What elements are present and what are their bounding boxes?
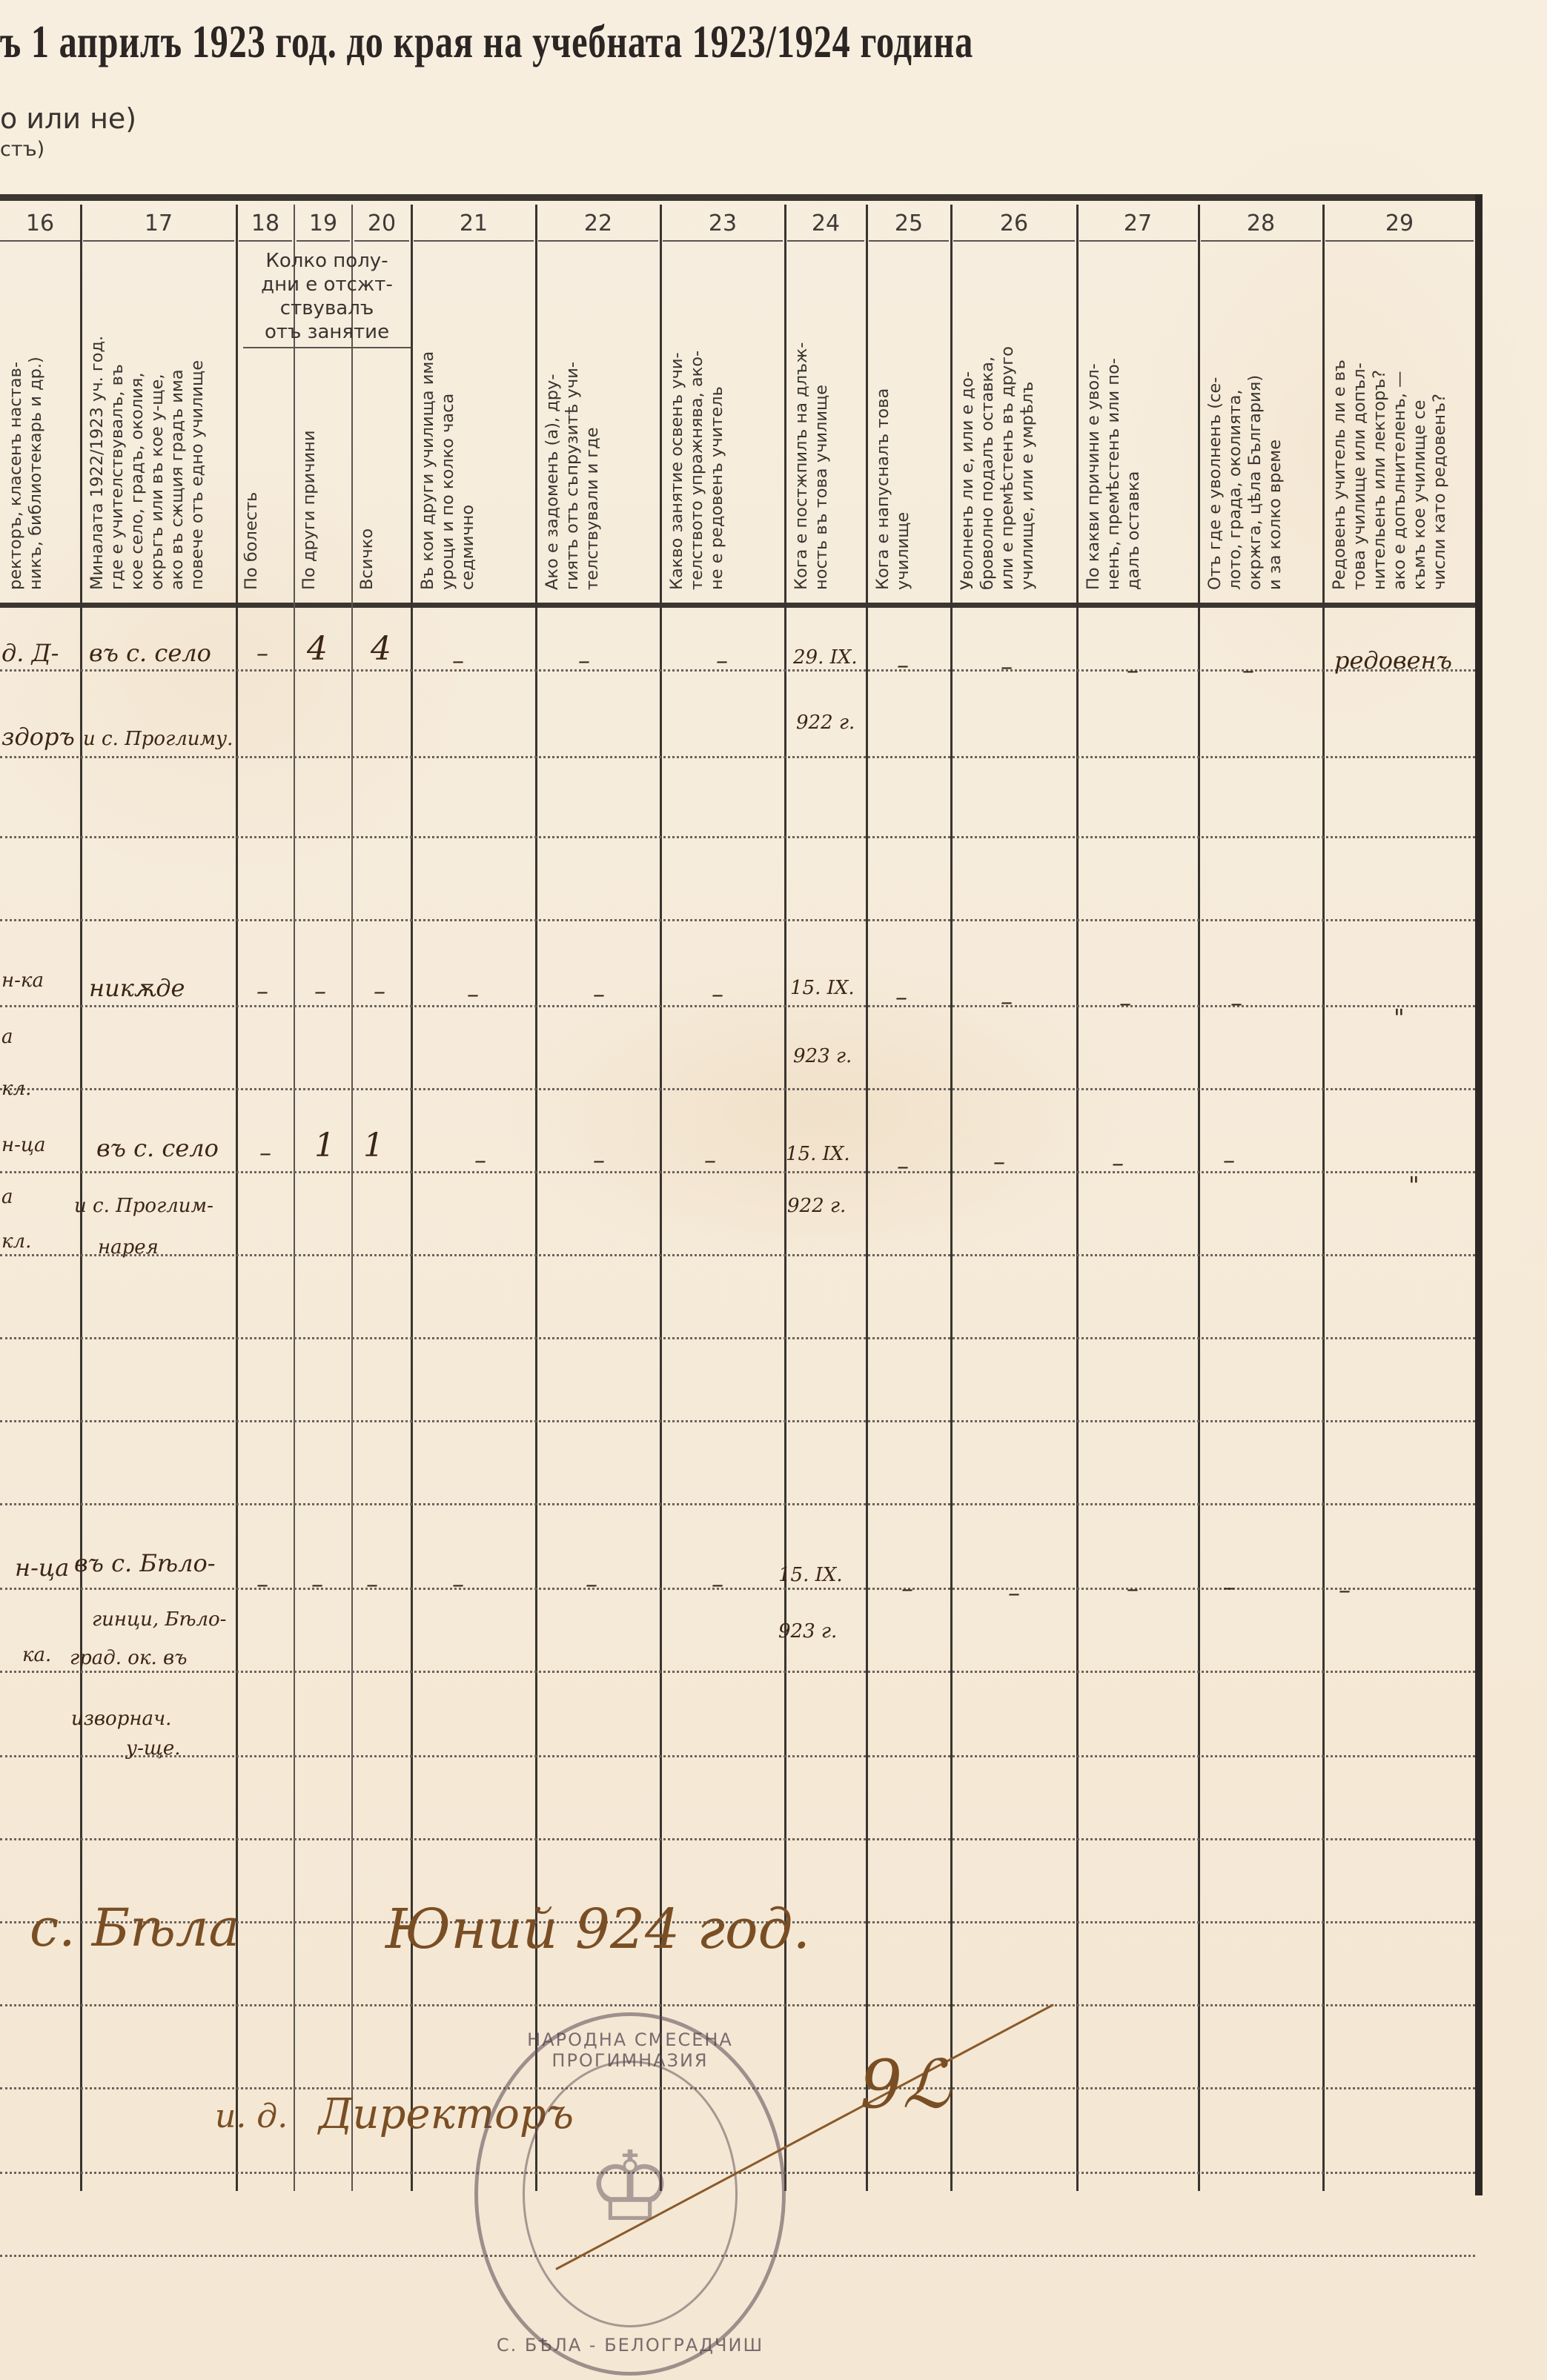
place-signature: с. Бѣла: [30, 1897, 239, 1958]
row1-col24-line2: 922 г.: [796, 712, 855, 734]
row1-col17-line1: въ с. село: [89, 639, 211, 667]
column-number-23: 23: [663, 206, 783, 242]
column-header-25: Кога е напусналъ това училище: [870, 246, 947, 594]
row3-col24-line1: 15. IX.: [786, 1143, 850, 1165]
coat-of-arms-icon: ♔: [587, 2130, 674, 2243]
row4-col22: –: [586, 1570, 597, 1598]
row1-col23: –: [716, 646, 728, 674]
column-number-26: 26: [953, 206, 1075, 242]
row1-col21: –: [452, 646, 464, 674]
column-divider: [236, 205, 238, 2191]
document-subtitle-2: стъ): [0, 138, 44, 161]
row3-col16-line1: н-ца: [1, 1134, 46, 1156]
column-number-22: 22: [538, 206, 658, 242]
row-rule: [0, 1503, 1475, 1505]
column-number-21: 21: [414, 206, 534, 242]
row3-col23: –: [704, 1146, 716, 1174]
row1-col29: редовенъ: [1334, 646, 1452, 674]
seal-bottom-text: С. БѢЛА - БЕЛОГРАДЧИШ: [478, 2335, 782, 2356]
row-rule: [0, 1088, 1475, 1090]
row2-col19: –: [314, 977, 326, 1005]
column-number-17: 17: [83, 206, 234, 242]
signer-prefix: и. д.: [215, 2098, 288, 2135]
document-subtitle-1: о или не): [0, 102, 136, 135]
table-top-rule: [0, 194, 1483, 201]
row4-col17-line1: въ с. Бѣло-: [74, 1549, 216, 1577]
row1-col26: –: [1001, 652, 1013, 680]
row3-col19: 1: [314, 1127, 335, 1164]
column-number-16: 16: [0, 206, 80, 242]
row-rule: [0, 1838, 1475, 1840]
row4-col29: –: [1339, 1576, 1351, 1604]
row3-col21: –: [474, 1146, 486, 1174]
row3-col17-line2: и с. Проглим-: [74, 1195, 213, 1217]
row4-col16-line1: н-ца: [15, 1554, 69, 1582]
row2-col29: ": [1394, 1004, 1405, 1032]
row4-col23: –: [712, 1570, 723, 1598]
row-rule: [0, 836, 1475, 838]
column-number-18: 18: [239, 206, 292, 242]
date-signature: Юний 924 год.: [385, 1897, 810, 1961]
row-rule: [0, 756, 1475, 758]
column-divider: [784, 205, 786, 2191]
column-number-25: 25: [869, 206, 949, 242]
row2-col16-line1: н-ка: [1, 969, 44, 992]
row4-col17-line5: у-ще.: [126, 1737, 181, 1760]
row-rule: [0, 2004, 1475, 2006]
row4-col20: –: [366, 1570, 378, 1598]
row4-col24-line1: 15. IX.: [778, 1564, 843, 1586]
column-header-22: Ако е задоменъ (а), дру- гиятъ отъ съпру…: [540, 246, 657, 594]
row4-col17-line3: град. ок. въ: [70, 1647, 187, 1669]
row4-col27: –: [1127, 1574, 1139, 1602]
absence-group-header: Колко полу- дни е отсжт- ствувалъ отъ за…: [243, 245, 411, 348]
column-number-24: 24: [787, 206, 864, 242]
scanned-document-page: ъ 1 априлъ 1923 год. до края на учебната…: [0, 0, 1547, 2380]
column-header-21: Въ кои други училища има уроци и по колк…: [415, 246, 532, 594]
row-rule: [0, 1254, 1475, 1256]
column-number-19: 19: [297, 206, 350, 242]
row3-col16-line3: кл.: [1, 1230, 31, 1253]
row1-col24-line1: 29. IX.: [793, 646, 858, 669]
column-header-16: ректоръ, класенъ настав- никъ, библиотек…: [3, 246, 79, 594]
row2-col17-line1: никѫде: [89, 974, 185, 1002]
row3-col25: –: [897, 1152, 909, 1180]
row4-col18: –: [256, 1570, 268, 1598]
row1-col19: 4: [307, 630, 328, 668]
column-divider: [1076, 205, 1079, 2191]
row3-col29: ": [1408, 1171, 1420, 1199]
row3-col24-line2: 922 г.: [787, 1195, 846, 1217]
row2-col18: –: [256, 977, 268, 1005]
column-divider: [950, 205, 953, 2191]
column-header-23: Какво занятие освенъ учи- телството упра…: [664, 246, 781, 594]
row1-col17-line2: и с. Проглиму.: [83, 728, 233, 750]
row2-col23: –: [712, 980, 723, 1008]
row-rule: [0, 1671, 1475, 1673]
row-rule: [0, 1755, 1475, 1757]
row4-col17-line2: гинци, Бѣло-: [92, 1608, 226, 1631]
teachers-register-table: 16 17 18 19 20 21 22 23 24 25 26 27 28 2…: [0, 194, 1483, 2195]
row2-col28: –: [1230, 989, 1242, 1017]
official-seal: НАРОДНА СМЕСЕНА ПРОГИМНАЗИЯ ♔ С. БѢЛА - …: [474, 2012, 786, 2376]
row4-col16-line2: ка.: [22, 1644, 51, 1666]
column-divider: [411, 205, 413, 2191]
row4-col26: –: [1008, 1579, 1020, 1607]
table-header-rule: [0, 603, 1483, 608]
signature-initials: 9ℒ: [860, 2046, 950, 2124]
row3-col16-line2: а: [1, 1186, 13, 1208]
row3-col17-line3: нарея: [98, 1236, 159, 1259]
row3-col27: –: [1112, 1149, 1124, 1177]
column-divider: [535, 205, 537, 2191]
row-rule: [0, 919, 1475, 921]
column-header-18: По болесть: [239, 354, 292, 594]
row2-col22: –: [593, 980, 605, 1008]
row3-col26: –: [993, 1147, 1005, 1176]
row3-col17-line1: въ с. село: [96, 1134, 219, 1162]
row1-col20: 4: [371, 630, 391, 668]
row-rule: [0, 1171, 1475, 1173]
column-header-19: По други причини: [297, 354, 350, 594]
row4-col25: –: [901, 1574, 913, 1602]
column-divider: [660, 205, 662, 2191]
row1-col18: –: [256, 639, 268, 667]
row-rule: [0, 1005, 1475, 1007]
column-header-20: Всичко: [354, 354, 409, 594]
table-right-border: [1475, 194, 1483, 2195]
row2-col25: –: [895, 983, 907, 1011]
column-divider: [294, 205, 295, 2191]
column-divider: [351, 205, 353, 2191]
row3-col28: –: [1223, 1146, 1235, 1174]
row1-col25: –: [897, 651, 909, 679]
column-number-28: 28: [1201, 206, 1321, 242]
row1-col28: –: [1242, 656, 1254, 684]
column-divider: [1198, 205, 1200, 2191]
row1-col27: –: [1127, 656, 1139, 684]
row3-col18: –: [259, 1138, 271, 1167]
row2-col16-line3: кл.: [1, 1078, 31, 1100]
column-header-26: Уволненъ ли е, или е до- броволно подалъ…: [955, 246, 1073, 594]
column-number-29: 29: [1325, 206, 1474, 242]
row2-col16-line2: а: [1, 1026, 13, 1048]
column-header-24: Кога е постжпилъ на длъж- ность въ това …: [789, 246, 863, 594]
row2-col20: –: [374, 977, 385, 1005]
row-rule: [0, 1420, 1475, 1422]
row4-col17-line4: изворнач.: [71, 1708, 171, 1730]
column-header-28: Отъ где е уволненъ (се- лото, града, око…: [1202, 246, 1319, 594]
row1-col16-line1: д. Д-: [1, 639, 59, 667]
row2-col21: –: [467, 980, 479, 1008]
column-number-20: 20: [354, 206, 409, 242]
row2-col27: –: [1119, 989, 1131, 1017]
row2-col24-line2: 923 г.: [793, 1045, 852, 1067]
row4-col21: –: [452, 1570, 464, 1598]
row4-col19: –: [311, 1570, 323, 1598]
row3-col22: –: [593, 1146, 605, 1174]
row4-col28: –: [1223, 1573, 1235, 1601]
column-divider: [1322, 205, 1325, 2191]
row3-col20: 1: [363, 1127, 384, 1164]
row2-col24-line1: 15. IX.: [790, 977, 855, 999]
row-rule: [0, 1588, 1475, 1590]
row2-col26: –: [1001, 987, 1013, 1015]
column-number-27: 27: [1079, 206, 1196, 242]
column-header-17: Миналата 1922/1923 уч. год. где е учител…: [85, 246, 233, 594]
row1-col16-line2: здоръ: [1, 723, 75, 751]
document-title: ъ 1 априлъ 1923 год. до края на учебната…: [0, 16, 973, 69]
column-divider: [866, 205, 868, 2191]
row1-col22: –: [578, 646, 590, 674]
column-header-27: По какви причини е увол- ненъ, премѣстен…: [1081, 246, 1195, 594]
row-rule: [0, 1337, 1475, 1339]
column-header-29: Редовенъ учитель ли е въ това училище ил…: [1327, 246, 1472, 594]
row4-col24-line2: 923 г.: [778, 1620, 837, 1643]
